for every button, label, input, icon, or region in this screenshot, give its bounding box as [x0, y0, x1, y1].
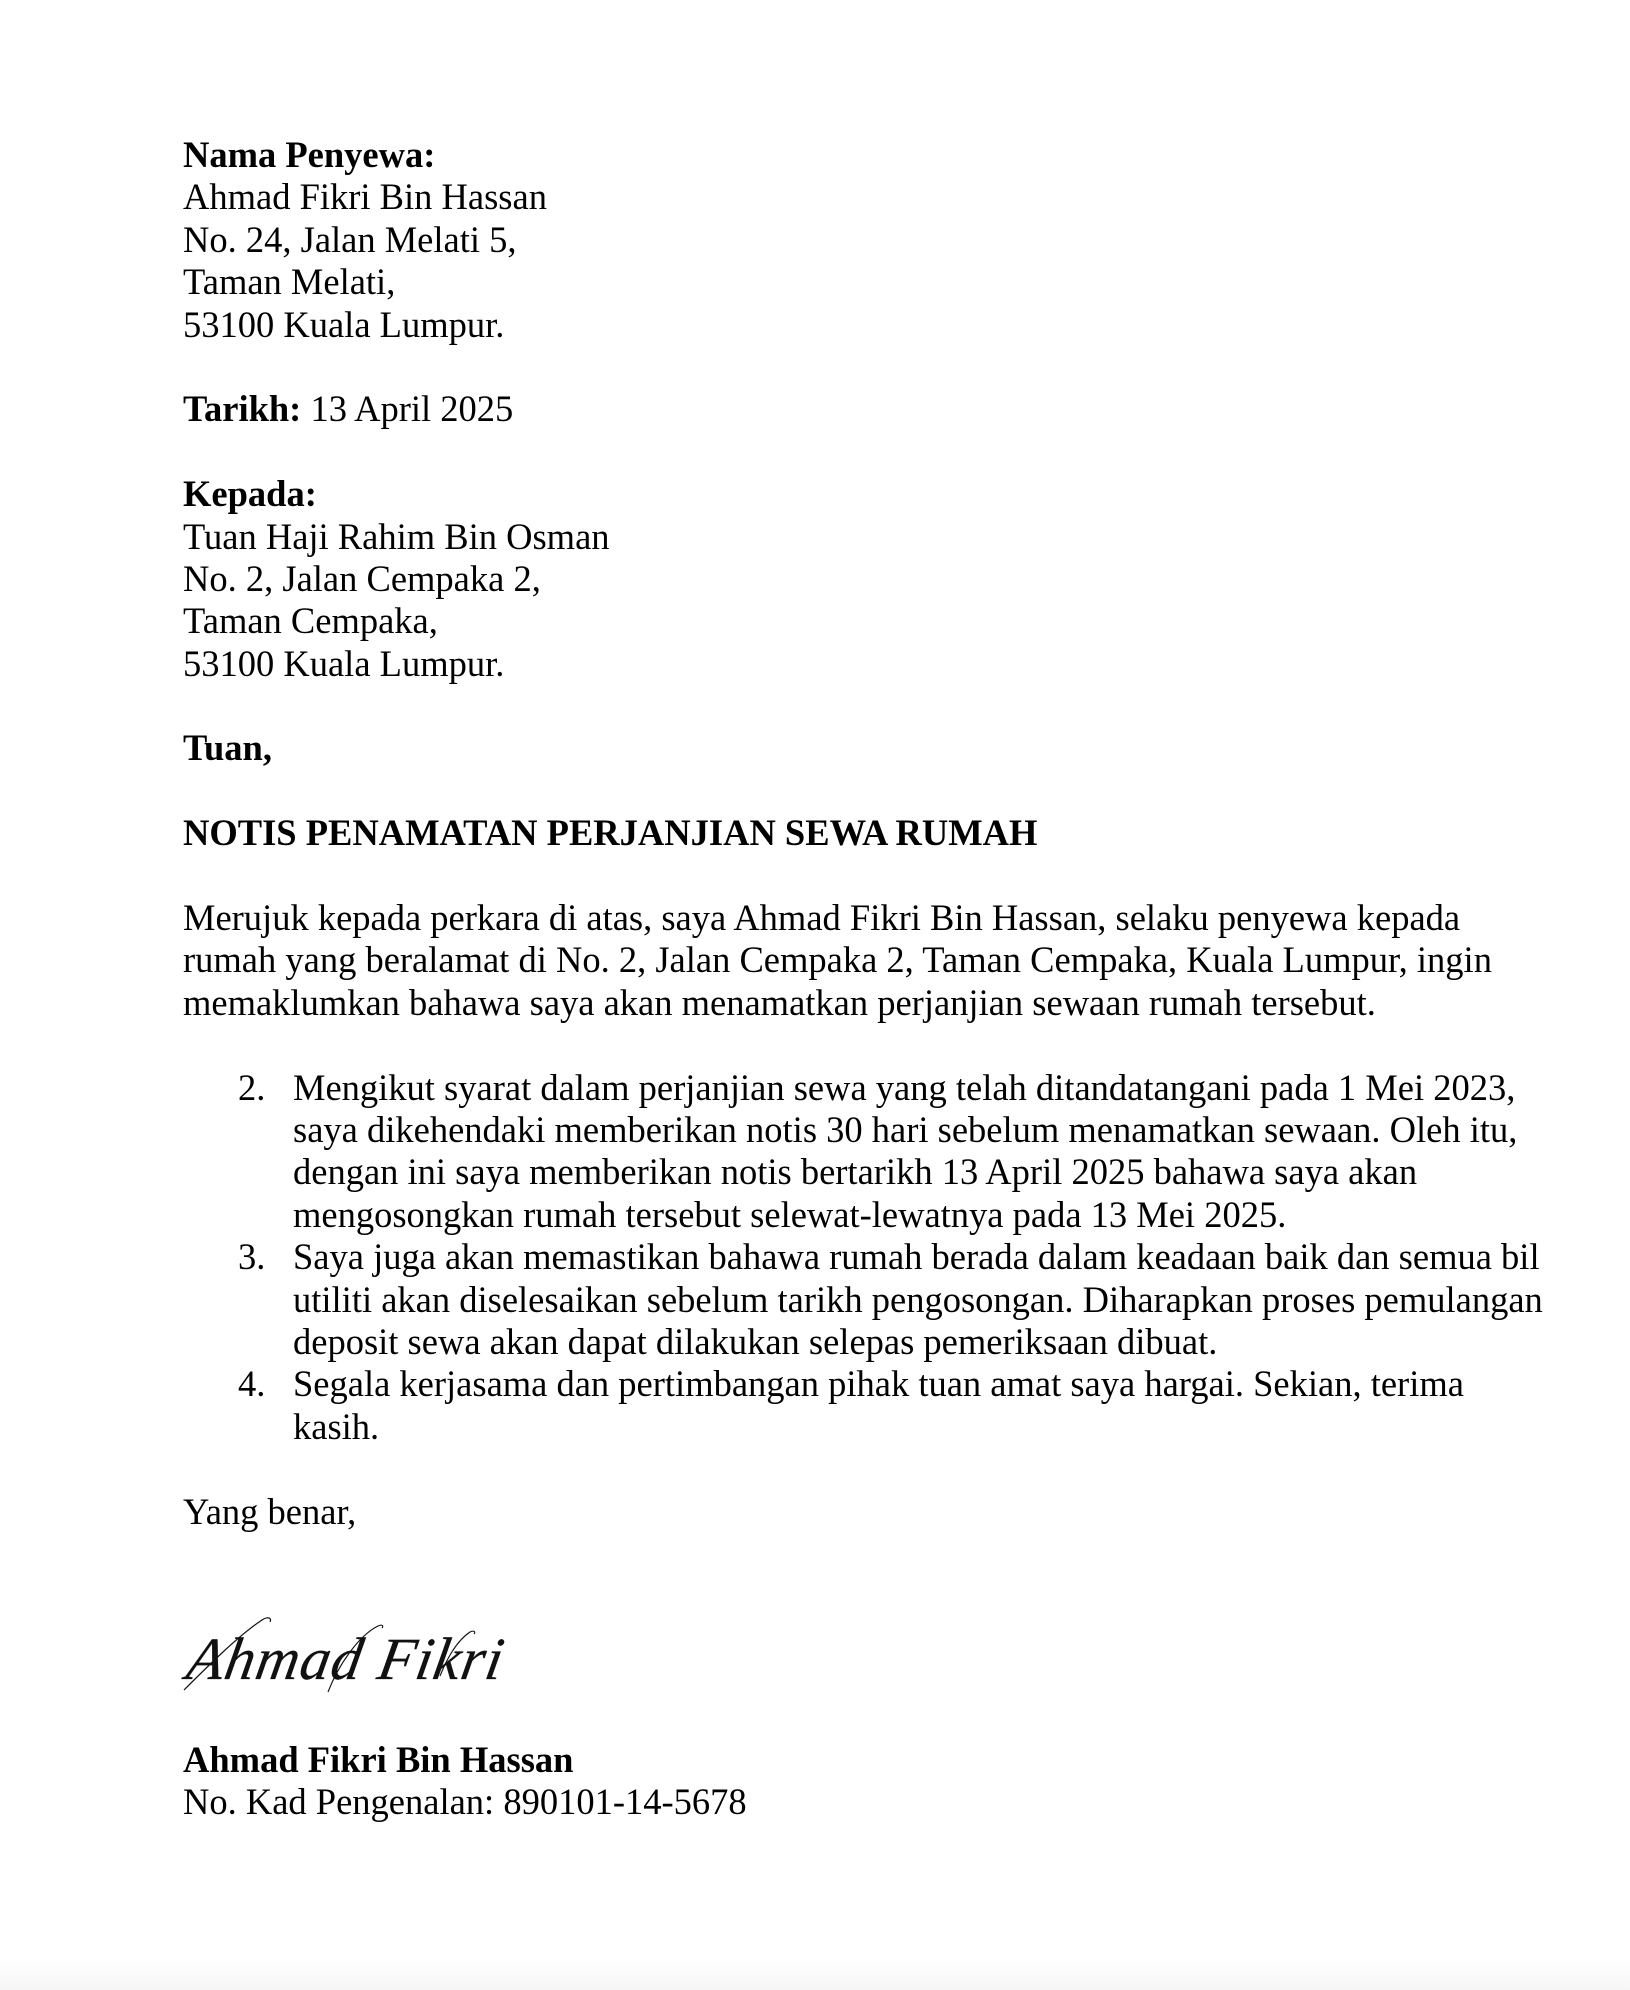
date-line: Tarikh: 13 April 2025: [183, 388, 1583, 430]
sender-label: Nama Penyewa:: [183, 134, 1583, 176]
spacer: [183, 1024, 1583, 1066]
date-label: Tarikh:: [183, 388, 301, 429]
spacer: [183, 431, 1583, 473]
list-item-line: kasih.: [293, 1406, 1583, 1448]
sender-block: Nama Penyewa: Ahmad Fikri Bin Hassan No.…: [183, 134, 1583, 346]
intro-line: rumah yang beralamat di No. 2, Jalan Cem…: [183, 939, 1583, 981]
sender-address-line: Taman Melati,: [183, 261, 1583, 303]
signature: Ahmad Fikri: [178, 1606, 518, 1706]
list-item-line: saya dikehendaki memberikan notis 30 har…: [293, 1109, 1583, 1151]
intro-paragraph: Merujuk kepada perkara di atas, saya Ahm…: [183, 897, 1583, 1024]
intro-line: Merujuk kepada perkara di atas, saya Ahm…: [183, 897, 1583, 939]
sender-address-line: No. 24, Jalan Melati 5,: [183, 219, 1583, 261]
recipient-address-line: No. 2, Jalan Cempaka 2,: [183, 558, 1583, 600]
signatory-id: No. Kad Pengenalan: 890101-14-5678: [183, 1781, 747, 1823]
date-value: 13 April 2025: [310, 388, 513, 429]
sender-name: Ahmad Fikri Bin Hassan: [183, 176, 1583, 218]
intro-line: memaklumkan bahawa saya akan menamatkan …: [183, 982, 1583, 1024]
recipient-label: Kepada:: [183, 473, 1583, 515]
list-item-line: deposit sewa akan dapat dilakukan selepa…: [293, 1321, 1583, 1363]
letter-body: Nama Penyewa: Ahmad Fikri Bin Hassan No.…: [183, 134, 1583, 1533]
list-item: 4. Segala kerjasama dan pertimbangan pih…: [183, 1363, 1583, 1448]
closing: Yang benar,: [183, 1491, 1583, 1533]
list-item-number: 4.: [238, 1363, 265, 1405]
recipient-name: Tuan Haji Rahim Bin Osman: [183, 516, 1583, 558]
signatory-name: Ahmad Fikri Bin Hassan: [183, 1739, 747, 1781]
spacer: [183, 685, 1583, 727]
list-item-line: Segala kerjasama dan pertimbangan pihak …: [293, 1363, 1583, 1405]
signature-text: Ahmad Fikri: [182, 1624, 510, 1694]
spacer: [183, 1448, 1583, 1490]
list-item-line: Saya juga akan memastikan bahawa rumah b…: [293, 1236, 1583, 1278]
recipient-address-line: Taman Cempaka,: [183, 600, 1583, 642]
list-item-line: utiliti akan diselesaikan sebelum tarikh…: [293, 1279, 1583, 1321]
subject-heading: NOTIS PENAMATAN PERJANJIAN SEWA RUMAH: [183, 812, 1583, 854]
list-item: 3. Saya juga akan memastikan bahawa ruma…: [183, 1236, 1583, 1363]
spacer: [183, 855, 1583, 897]
recipient-block: Kepada: Tuan Haji Rahim Bin Osman No. 2,…: [183, 473, 1583, 685]
salutation: Tuan,: [183, 727, 1583, 769]
signatory-id-label: No. Kad Pengenalan:: [183, 1781, 494, 1822]
sender-address-line: 53100 Kuala Lumpur.: [183, 304, 1583, 346]
list-item-line: dengan ini saya memberikan notis bertari…: [293, 1151, 1583, 1193]
numbered-list: 2. Mengikut syarat dalam perjanjian sewa…: [183, 1067, 1583, 1449]
spacer: [183, 770, 1583, 812]
recipient-address-line: 53100 Kuala Lumpur.: [183, 643, 1583, 685]
list-item: 2. Mengikut syarat dalam perjanjian sewa…: [183, 1067, 1583, 1237]
letter-page: Nama Penyewa: Ahmad Fikri Bin Hassan No.…: [0, 0, 1630, 1990]
signatory-id-value: 890101-14-5678: [503, 1781, 746, 1822]
list-item-line: mengosongkan rumah tersebut selewat-lewa…: [293, 1194, 1583, 1236]
bottom-edge-shadow: [0, 1958, 1630, 1990]
list-item-number: 3.: [238, 1236, 265, 1278]
list-item-number: 2.: [238, 1067, 265, 1109]
list-item-line: Mengikut syarat dalam perjanjian sewa ya…: [293, 1067, 1583, 1109]
signatory-block: Ahmad Fikri Bin Hassan No. Kad Pengenala…: [183, 1739, 747, 1824]
spacer: [183, 346, 1583, 388]
